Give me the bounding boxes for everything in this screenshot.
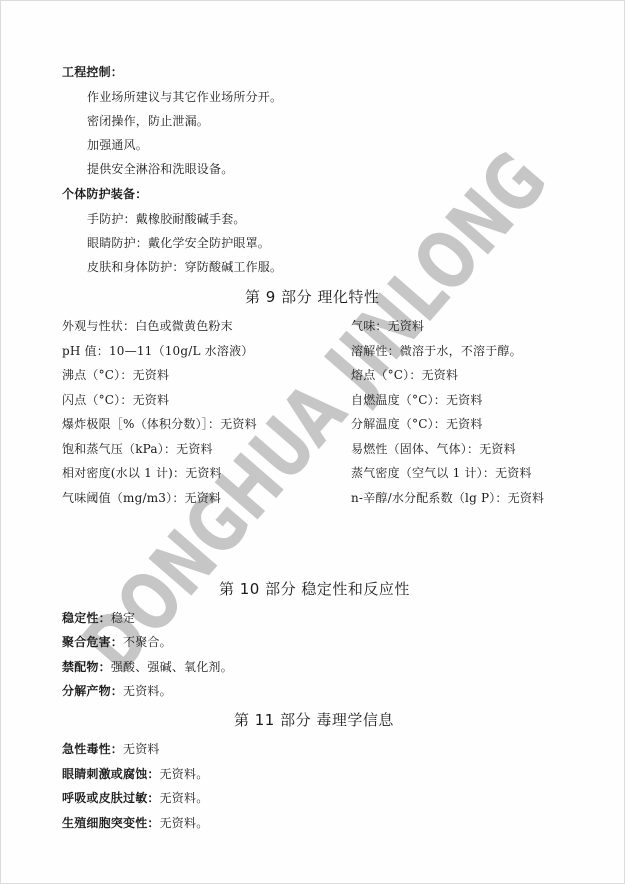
- row-label: 呼吸或皮肤过敏：: [62, 791, 160, 805]
- property-item: n-辛醇/水分配系数（lg P）：无资料: [351, 490, 544, 506]
- row-label: 眼睛刺激或腐蚀：: [62, 767, 160, 781]
- acute-toxicity-row: 急性毒性：无资料: [62, 741, 160, 757]
- eye-irritation-row: 眼睛刺激或腐蚀：无资料。: [62, 766, 208, 782]
- sensitization-row: 呼吸或皮肤过敏：无资料。: [62, 790, 208, 806]
- property-item: 气味阈值（mg/m3）：无资料: [62, 490, 221, 506]
- row-label: 禁配物：: [62, 660, 111, 674]
- row-value: 无资料。: [160, 791, 209, 805]
- row-value: 稳定: [111, 611, 135, 625]
- engineering-control-item: 加强通风。: [87, 137, 148, 153]
- property-item: 沸点（°C）：无资料: [62, 367, 169, 383]
- page-content: 工程控制： 作业场所建议与其它作业场所分开。 密闭操作，防止泄漏。 加强通风。 …: [1, 1, 625, 884]
- row-value: 无资料: [123, 742, 160, 756]
- property-item: 相对密度(水以 1 计)：无资料: [62, 465, 222, 481]
- section-9-title: 第 9 部分 理化特性: [245, 287, 379, 307]
- polymerization-hazard-row: 聚合危害：不聚合。: [62, 634, 172, 650]
- property-item: pH 值：10—11（10g/L 水溶液）: [62, 343, 253, 359]
- row-value: 强酸、强碱、氧化剂。: [111, 660, 233, 674]
- property-item: 饱和蒸气压（kPa）：无资料: [62, 441, 213, 457]
- engineering-control-item: 作业场所建议与其它作业场所分开。: [87, 89, 282, 105]
- row-value: 无资料。: [160, 767, 209, 781]
- property-item: 爆炸极限［%（体积分数）］：无资料: [62, 416, 257, 432]
- document-page: DONGHUA JINLONG 工程控制： 作业场所建议与其它作业场所分开。 密…: [0, 0, 625, 884]
- stability-row: 稳定性：稳定: [62, 610, 135, 626]
- engineering-control-item: 密闭操作，防止泄漏。: [87, 113, 209, 129]
- property-item: 闪点（°C）：无资料: [62, 392, 169, 408]
- ppe-label: 个体防护装备：: [62, 186, 147, 202]
- property-item: 易燃性（固体、气体）：无资料: [351, 441, 516, 457]
- row-value: 无资料。: [123, 684, 172, 698]
- row-label: 生殖细胞突变性：: [62, 816, 160, 830]
- ppe-item: 皮肤和身体防护：穿防酸碱工作服。: [87, 259, 282, 275]
- engineering-control-item: 提供安全淋浴和洗眼设备。: [87, 161, 233, 177]
- property-item: 熔点（°C）：无资料: [351, 367, 458, 383]
- property-item: 外观与性状：白色或微黄色粉末: [62, 318, 233, 334]
- germ-cell-mutagenicity-row: 生殖细胞突变性：无资料。: [62, 815, 208, 831]
- ppe-item: 手防护：戴橡胶耐酸碱手套。: [87, 211, 246, 227]
- property-item: 分解温度（°C）：无资料: [351, 416, 483, 432]
- property-item: 蒸气密度（空气以 1 计）：无资料: [351, 465, 532, 481]
- row-label: 聚合危害：: [62, 635, 123, 649]
- row-label: 分解产物：: [62, 684, 123, 698]
- property-item: 气味：无资料: [351, 318, 424, 334]
- row-label: 急性毒性：: [62, 742, 123, 756]
- ppe-item: 眼睛防护：戴化学安全防护眼罩。: [87, 235, 270, 251]
- row-value: 无资料。: [160, 816, 209, 830]
- engineering-control-label: 工程控制：: [62, 64, 123, 80]
- section-10-title: 第 10 部分 稳定性和反应性: [219, 579, 410, 599]
- property-item: 溶解性：微溶于水，不溶于醇。: [351, 343, 522, 359]
- row-value: 不聚合。: [123, 635, 172, 649]
- incompatible-materials-row: 禁配物：强酸、强碱、氧化剂。: [62, 659, 233, 675]
- property-item: 自燃温度（°C）：无资料: [351, 392, 483, 408]
- row-label: 稳定性：: [62, 611, 111, 625]
- section-11-title: 第 11 部分 毒理学信息: [234, 710, 394, 730]
- decomposition-products-row: 分解产物：无资料。: [62, 683, 172, 699]
